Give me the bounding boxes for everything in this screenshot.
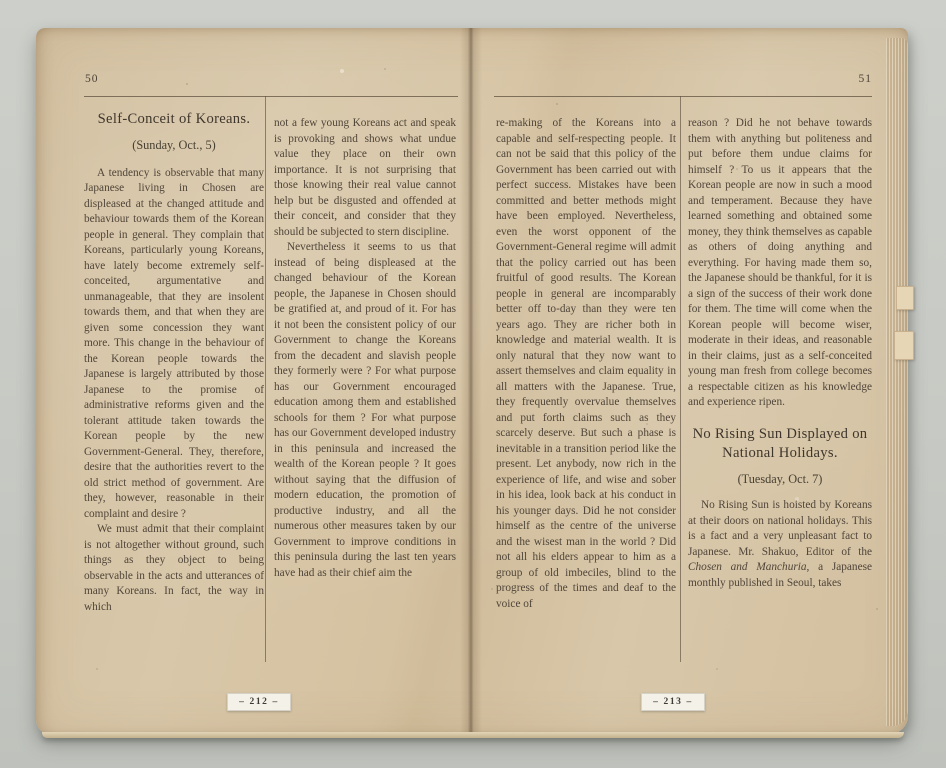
paragraph: A tendency is observable that many Japan… (84, 166, 264, 523)
page-number-left: 50 (85, 73, 99, 85)
right-page-column-2: reason ? Did he not behave towards them … (688, 116, 872, 676)
photo-background: 50 Self-Conceit of Koreans. (Sunday, Oct… (0, 0, 946, 768)
article-title: Self-Conceit of Koreans. (84, 110, 264, 129)
header-rule-left (84, 96, 458, 97)
left-page-column-2: not a few young Koreans act and speak is… (274, 116, 456, 661)
column-divider-right (680, 96, 681, 662)
paragraph: Nevertheless it seems to us that instead… (274, 240, 456, 581)
column-divider-left (265, 96, 266, 662)
left-page-column-1: Self-Conceit of Koreans. (Sunday, Oct., … (84, 108, 264, 664)
paper-specks (36, 28, 38, 30)
header-rule-right (494, 96, 872, 97)
paragraph: not a few young Koreans act and speak is… (274, 116, 456, 240)
paragraph: No Rising Sun is hoisted by Koreans at t… (688, 498, 872, 591)
article-title-2: No Rising Sun Displayed on National Holi… (688, 425, 872, 463)
right-page-column-1: re-making of the Koreans into a capable … (496, 116, 676, 676)
footer-stamp-left: – 212 – (227, 693, 291, 711)
footer-stamp-right: – 213 – (641, 693, 705, 711)
page-number-right: 51 (822, 73, 872, 85)
book-gutter (460, 28, 482, 734)
page-tab (894, 331, 914, 360)
page-edge-stack (886, 38, 908, 726)
article-dateline: (Sunday, Oct., 5) (84, 138, 264, 154)
paragraph: re-making of the Koreans into a capable … (496, 116, 676, 612)
page-tab (896, 286, 914, 310)
paragraph: reason ? Did he not behave towards them … (688, 116, 872, 411)
paragraph-text: No Rising Sun is hoisted by Koreans at t… (688, 499, 872, 558)
article-dateline-2: (Tuesday, Oct. 7) (688, 472, 872, 488)
open-book: 50 Self-Conceit of Koreans. (Sunday, Oct… (36, 28, 908, 734)
journal-title-italic: Chosen and Manchuria (688, 561, 807, 573)
paragraph: We must admit that their complaint is no… (84, 522, 264, 615)
